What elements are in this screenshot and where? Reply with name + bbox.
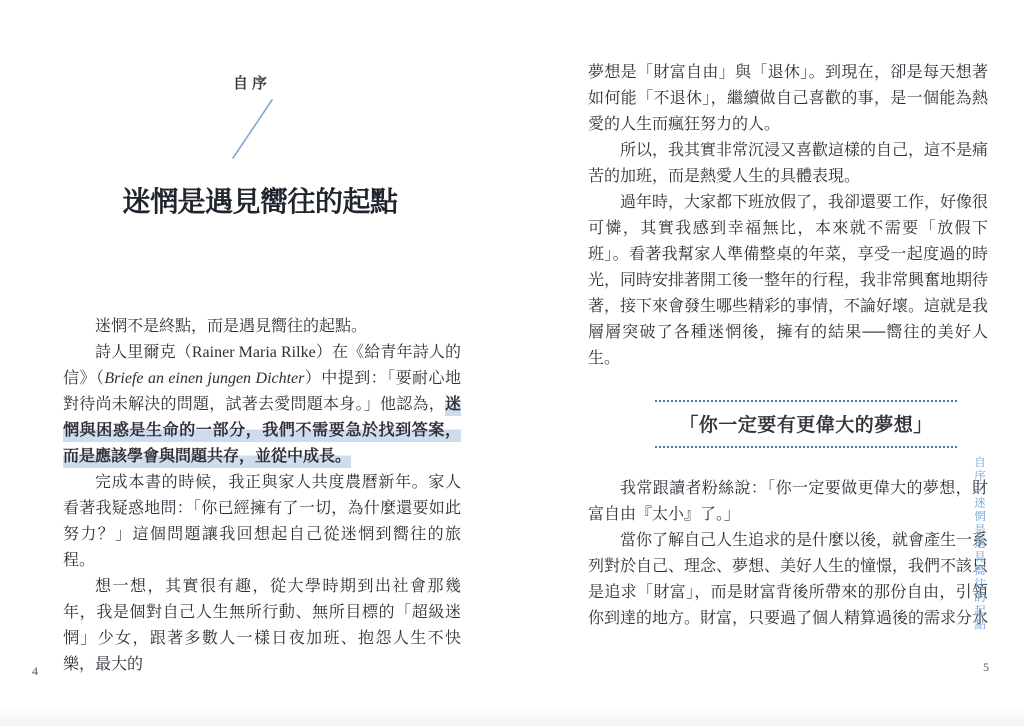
decorative-slash-line xyxy=(228,98,276,162)
book-spread: 自序 迷惘是遇見嚮往的起點 迷惘不是終點，而是遇見嚮往的起點。詩人里爾克（Rai… xyxy=(0,0,1024,726)
text-segment: 過年時，大家都下班放假了，我卻還要工作，好像很可憐，其實我感到幸福無比，本來就不… xyxy=(588,194,988,367)
paragraph: 過年時，大家都下班放假了，我卻還要工作，好像很可憐，其實我感到幸福無比，本來就不… xyxy=(588,190,988,372)
right-page-body-top: 夢想是「財富自由」與「退休」。到現在，卻是每天想著如何能「不退休」，繼續做自己喜… xyxy=(588,60,988,372)
section-heading-box: 「你一定要有更偉大的夢想」 xyxy=(655,400,957,448)
paragraph: 想一想，其實很有趣，從大學時期到出社會那幾年，我是個對自己人生無所行動、無所目標… xyxy=(63,574,461,678)
text-segment-italic: Briefe an einen jungen Dichter xyxy=(104,370,304,387)
text-segment: 當你了解自己人生追求的是什麼以後，就會產生一系列對於自己、理念、夢想、美好人生的… xyxy=(588,532,988,627)
page-number-right: 5 xyxy=(983,660,989,675)
text-segment: 夢想是「財富自由」與「退休」。到現在，卻是每天想著如何能「不退休」，繼續做自己喜… xyxy=(588,64,988,133)
left-page-body: 迷惘不是終點，而是遇見嚮往的起點。詩人里爾克（Rainer Maria Rilk… xyxy=(63,314,461,678)
paragraph: 夢想是「財富自由」與「退休」。到現在，卻是每天想著如何能「不退休」，繼續做自己喜… xyxy=(588,60,988,138)
text-segment: 想一想，其實很有趣，從大學時期到出社會那幾年，我是個對自己人生無所行動、無所目標… xyxy=(63,578,461,673)
paragraph: 我常跟讀者粉絲說：「你一定要做更偉大的夢想，財富自由『太小』了。」 xyxy=(588,476,988,528)
paragraph: 當你了解自己人生追求的是什麼以後，就會產生一系列對於自己、理念、夢想、美好人生的… xyxy=(588,528,988,632)
chapter-title: 迷惘是遇見嚮往的起點 xyxy=(60,180,460,220)
section-heading: 「你一定要有更偉大的夢想」 xyxy=(679,415,933,436)
text-segment: 所以，我其實非常沉浸又喜歡這樣的自己，這不是痛苦的加班，而是熱愛人生的具體表現。 xyxy=(588,142,988,185)
paragraph: 完成本書的時候，我正與家人共度農曆新年。家人看著我疑惑地問：「你已經擁有了一切，… xyxy=(63,470,461,574)
preface-label: 自序 xyxy=(233,72,271,93)
text-segment: 完成本書的時候，我正與家人共度農曆新年。家人看著我疑惑地問：「你已經擁有了一切，… xyxy=(63,474,461,569)
page-bottom-shadow xyxy=(0,704,1024,726)
paragraph: 詩人里爾克（Rainer Maria Rilke）在《給青年詩人的信》（Brie… xyxy=(63,340,461,470)
right-page-body-bottom: 我常跟讀者粉絲說：「你一定要做更偉大的夢想，財富自由『太小』了。」當你了解自己人… xyxy=(588,476,988,632)
margin-running-title: 自序／迷惘是遇見嚮往的起點 xyxy=(971,456,987,646)
text-segment: 迷惘不是終點，而是遇見嚮往的起點。 xyxy=(95,318,367,335)
page-number-left: 4 xyxy=(32,664,38,679)
text-segment: 我常跟讀者粉絲說：「你一定要做更偉大的夢想，財富自由『太小』了。」 xyxy=(588,480,988,523)
paragraph: 迷惘不是終點，而是遇見嚮往的起點。 xyxy=(63,314,461,340)
paragraph: 所以，我其實非常沉浸又喜歡這樣的自己，這不是痛苦的加班，而是熱愛人生的具體表現。 xyxy=(588,138,988,190)
